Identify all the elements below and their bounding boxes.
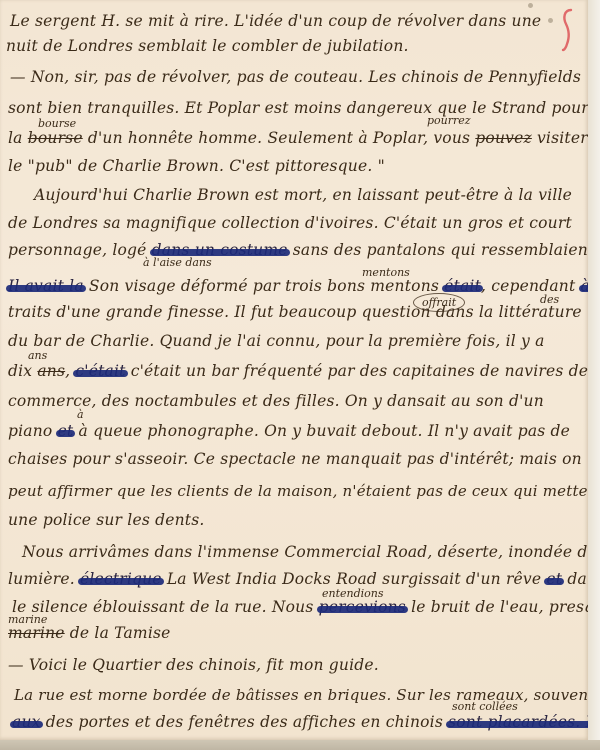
text-line: la bourse d'un honnête homme. Seulement … [8, 129, 588, 147]
text-span: la [8, 129, 28, 147]
text-span: de la Tamise [65, 624, 171, 642]
insertion-text: à l'aise dans [143, 256, 212, 269]
text-span: des portes et des fenêtres des affiches … [41, 713, 449, 731]
text-span: visiter [532, 129, 588, 147]
text-span: sans des pantalons qui ressemblaient à d… [288, 241, 600, 259]
text-line: une police sur les dents. [8, 511, 205, 529]
text-line: personnage, logé dans un costume sans de… [8, 241, 600, 259]
text-line: commerce, des noctambules et des filles.… [8, 392, 544, 410]
struck-word: aux [12, 713, 41, 731]
ink-blot [548, 18, 553, 23]
text-span: piano [8, 422, 58, 440]
text-line: Nous arrivâmes dans l'immense Commercial… [22, 543, 597, 561]
text-line: Il avait la Son visage déformé par trois… [8, 277, 600, 295]
text-line: le silence éblouissant de la rue. Nous p… [12, 598, 600, 616]
text-span: personnage, logé [8, 241, 152, 259]
text-span: , cependant [481, 277, 581, 295]
text-line: traits d'une grande finesse. Il fut beau… [8, 303, 582, 321]
text-span: d'un honnête homme. Seulement à Poplar, … [83, 129, 476, 147]
struck-word: Il avait la [8, 277, 84, 295]
insertion-text: ans [28, 349, 47, 362]
struck-word: était [444, 277, 481, 295]
struck-word: sont placardées. Dans [448, 713, 600, 731]
ink-blot [528, 3, 533, 8]
text-span: lumière. [8, 570, 80, 588]
insertion-text: à [77, 408, 84, 421]
text-line: Le sergent H. se mit à rire. L'idée d'un… [10, 12, 541, 30]
text-span: c'était un bar fréquenté par des capitai… [126, 362, 589, 380]
manuscript-page: Le sergent H. se mit à rire. L'idée d'un… [0, 0, 588, 740]
text-span: à queue phonographe. On y buvait debout.… [73, 422, 570, 440]
struck-word: c'était [75, 362, 125, 380]
text-line: peut affirmer que les clients de la mais… [8, 482, 600, 500]
page-edge [0, 740, 600, 750]
text-span: le bruit de l'eau, presque [406, 598, 600, 616]
text-line: — Non, sir, pas de révolver, pas de cout… [10, 68, 581, 86]
struck-word: et [546, 570, 562, 588]
text-span: La West India Docks Road surgissait d'un… [162, 570, 547, 588]
insertion-text: pourrez [427, 114, 471, 127]
text-span: dix [8, 362, 37, 380]
page-edge [588, 0, 600, 750]
text-line: lumière. électrique La West India Docks … [8, 570, 600, 588]
struck-word: ans [37, 362, 65, 380]
text-line: sont bien tranquilles. Et Poplar est moi… [8, 99, 589, 117]
struck-word: percevions [319, 598, 406, 616]
text-line: Aujourd'hui Charlie Brown est mort, en l… [34, 186, 572, 204]
text-line: le "pub" de Charlie Brown. C'est pittore… [8, 157, 385, 175]
text-line: — Voici le Quartier des chinois, fit mon… [8, 656, 379, 674]
margin-section-mark-icon [560, 8, 574, 52]
struck-word: et [58, 422, 74, 440]
text-line: marine de la Tamise [8, 624, 171, 642]
struck-word: pouvez [475, 129, 532, 147]
text-line: du bar de Charlie. Quand je l'ai connu, … [8, 332, 545, 350]
text-span: Son visage déformé par trois bons menton… [84, 277, 444, 295]
text-line: aux des portes et des fenêtres des affic… [12, 713, 600, 731]
struck-word: électrique [80, 570, 162, 588]
struck-word: bourse [28, 129, 83, 147]
text-line: chaises pour s'asseoir. Ce spectacle ne … [8, 450, 582, 468]
text-line: nuit de Londres semblait le combler de j… [6, 37, 409, 55]
text-line: dix ans, c'était c'était un bar fréquent… [8, 362, 588, 380]
text-line: piano et à queue phonographe. On y buvai… [8, 422, 570, 440]
insertion-text: sont collées [452, 700, 518, 713]
text-line: de Londres sa magnifique collection d'iv… [8, 214, 572, 232]
struck-word: marine [8, 624, 65, 642]
text-span: le silence éblouissant de la rue. Nous [12, 598, 319, 616]
